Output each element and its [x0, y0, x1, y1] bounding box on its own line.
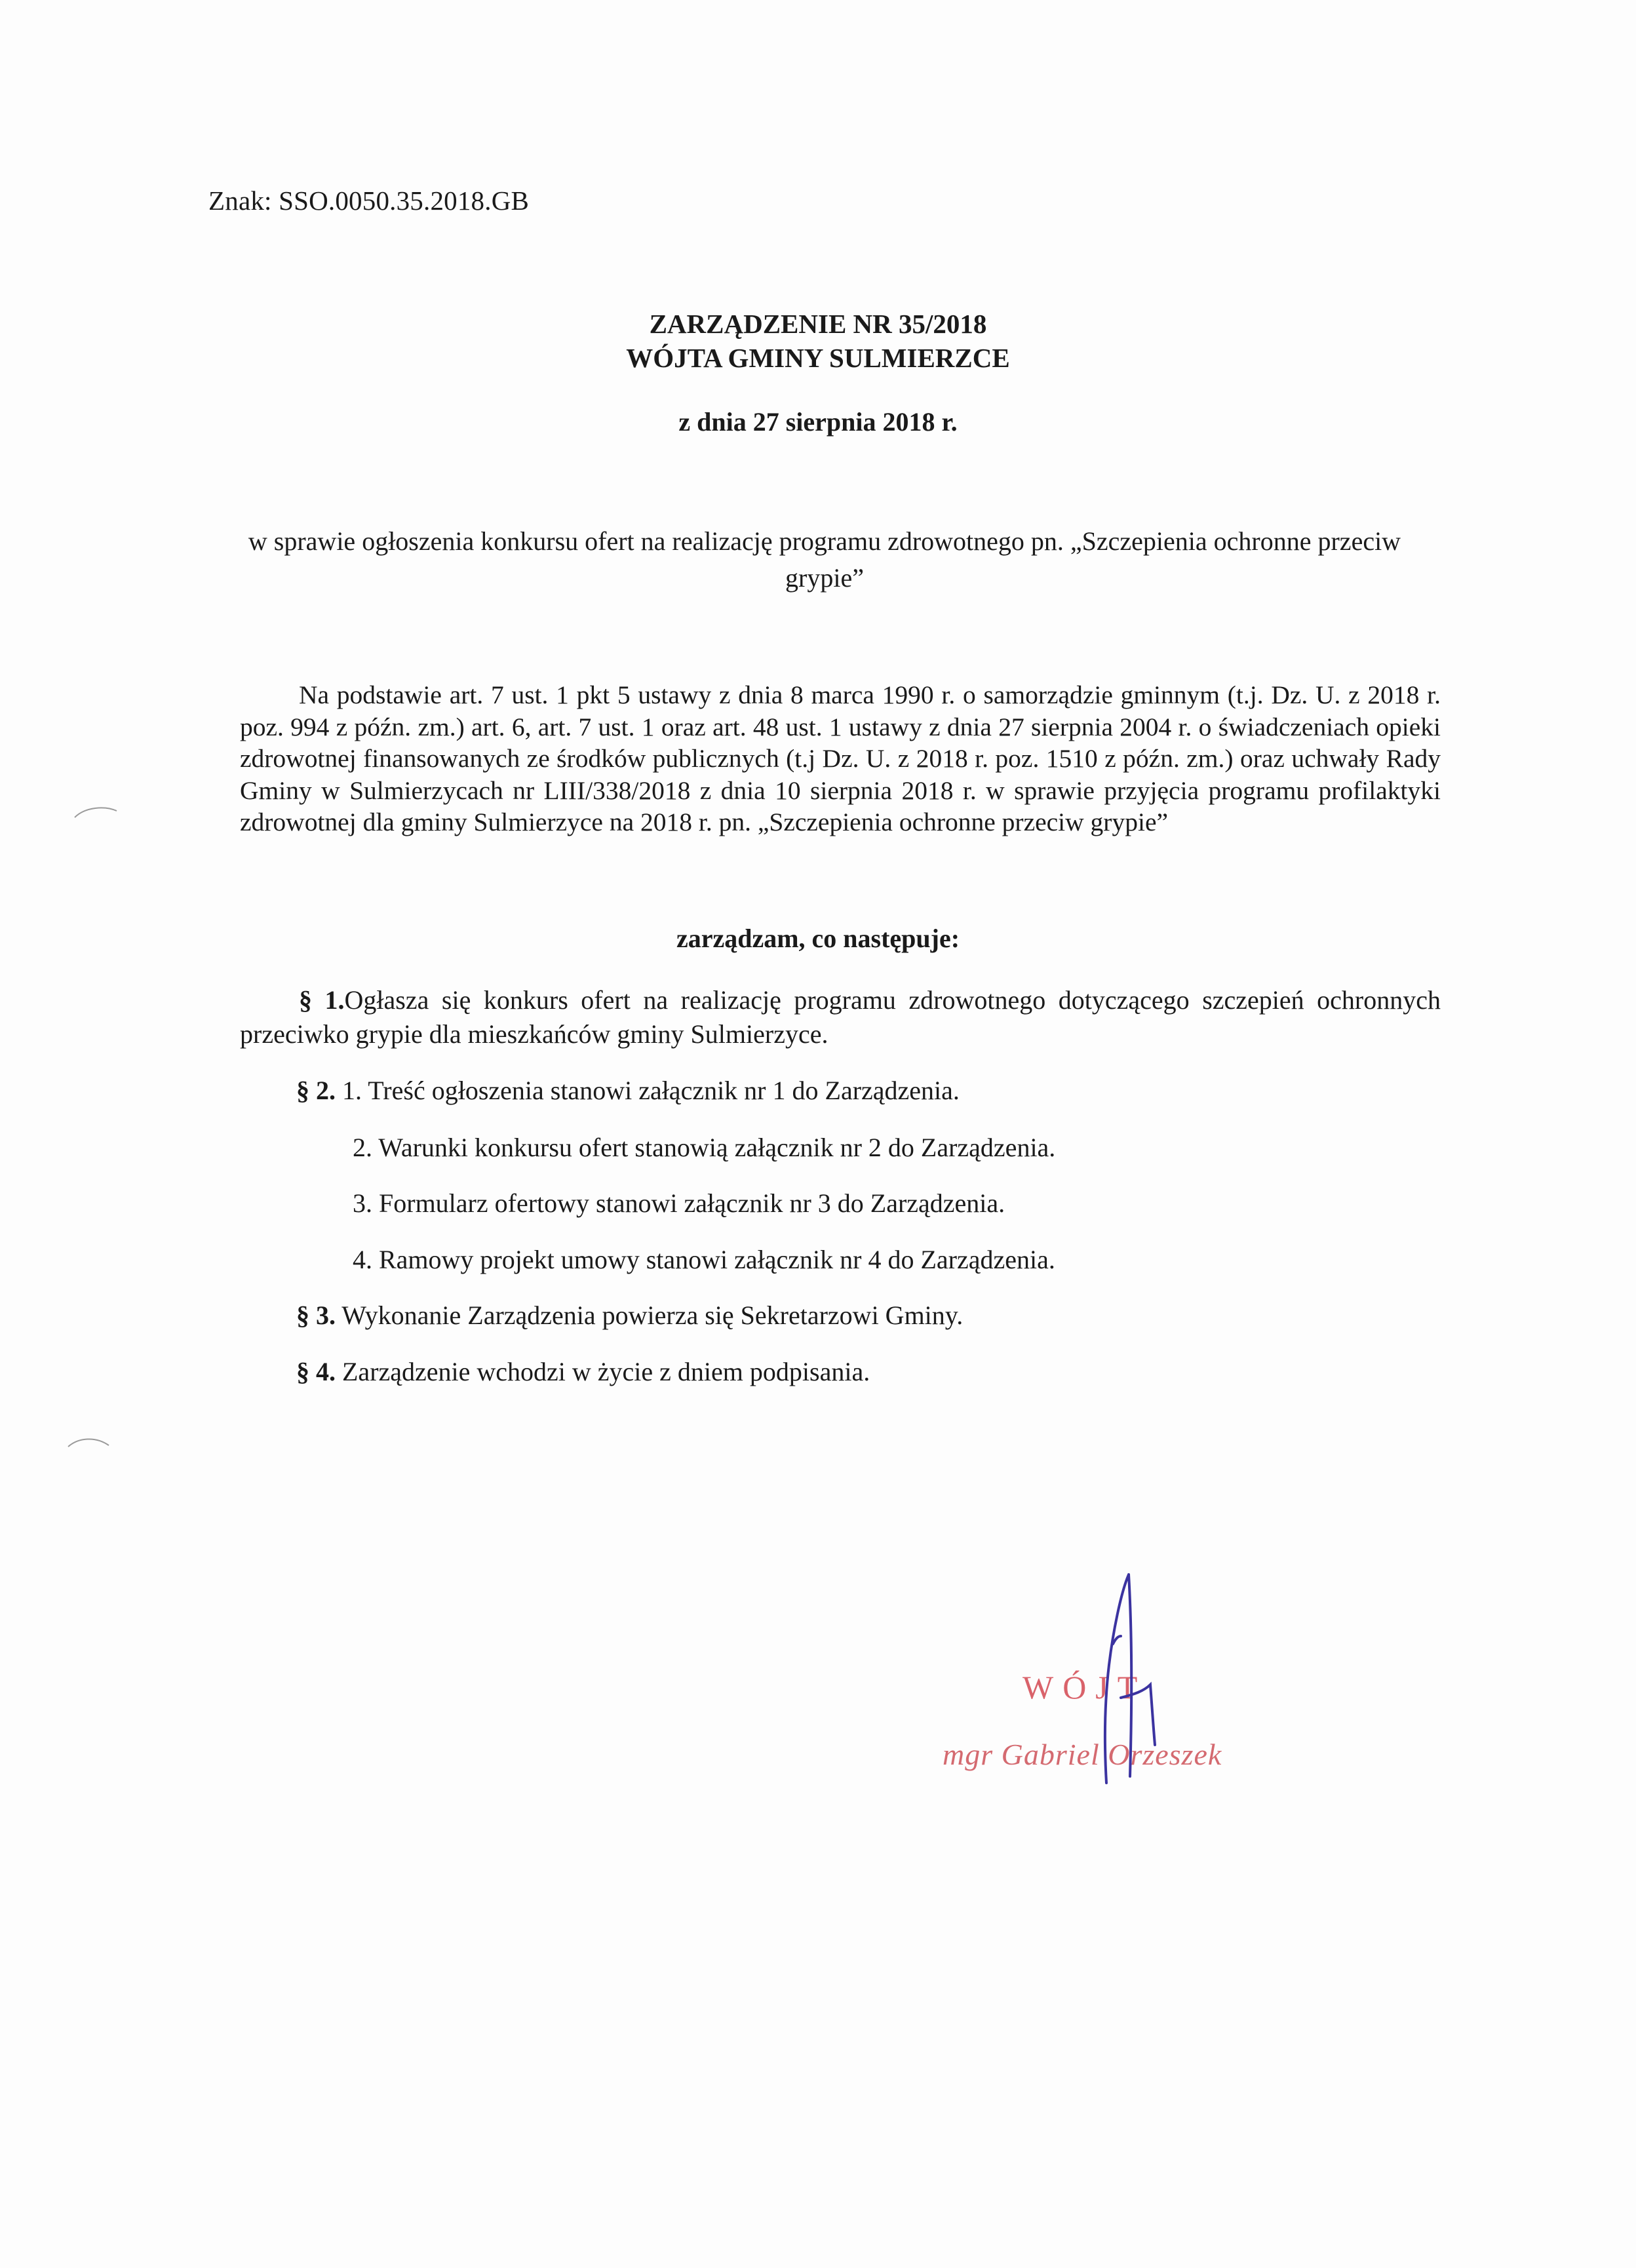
document-subject: w sprawie ogłoszenia konkursu ofert na r…: [208, 523, 1441, 596]
paragraph-2-item-4: 4. Ramowy projekt umowy stanowi załączni…: [353, 1244, 1055, 1275]
paragraph-3: § 3. Wykonanie Zarządzenia powierza się …: [296, 1300, 963, 1331]
paragraph-mark: § 2.: [296, 1076, 336, 1105]
document-issuer: WÓJTA GMINY SULMIERZCE: [0, 342, 1636, 374]
legal-basis: Na podstawie art. 7 ust. 1 pkt 5 ustawy …: [240, 679, 1441, 838]
paragraph-text: Ogłasza się konkurs ofert na realizację …: [240, 985, 1441, 1049]
decree-heading: zarządzam, co następuje:: [0, 923, 1636, 954]
item-text: 1. Treść ogłoszenia stanowi załącznik nr…: [342, 1076, 960, 1105]
paragraph-mark: § 1.: [299, 985, 345, 1015]
paragraph-2-item-3: 3. Formularz ofertowy stanowi załącznik …: [353, 1188, 1005, 1219]
paragraph-mark: § 3.: [296, 1300, 336, 1330]
scanned-page: Znak: SSO.0050.35.2018.GB ZARZĄDZENIE NR…: [0, 0, 1636, 2268]
document-title: ZARZĄDZENIE NR 35/2018: [0, 308, 1636, 340]
paragraph-2-item-2: 2. Warunki konkursu ofert stanowią załąc…: [353, 1132, 1055, 1163]
paragraph-mark: § 4.: [296, 1357, 336, 1386]
handwritten-signature-icon: [1075, 1567, 1193, 1789]
paragraph-2-item-1: § 2. 1. Treść ogłoszenia stanowi załączn…: [296, 1075, 960, 1106]
document-date: z dnia 27 sierpnia 2018 r.: [0, 406, 1636, 437]
paragraph-4: § 4. Zarządzenie wchodzi w życie z dniem…: [296, 1356, 870, 1387]
punch-mark-icon: [72, 803, 125, 823]
document-reference: Znak: SSO.0050.35.2018.GB: [208, 185, 529, 216]
paragraph-1: § 1.Ogłasza się konkurs ofert na realiza…: [240, 983, 1441, 1051]
punch-mark-icon: [66, 1432, 118, 1452]
paragraph-text: Zarządzenie wchodzi w życie z dniem podp…: [342, 1357, 870, 1386]
legal-basis-text: Na podstawie art. 7 ust. 1 pkt 5 ustawy …: [240, 680, 1441, 836]
paragraph-text: Wykonanie Zarządzenia powierza się Sekre…: [341, 1300, 963, 1330]
